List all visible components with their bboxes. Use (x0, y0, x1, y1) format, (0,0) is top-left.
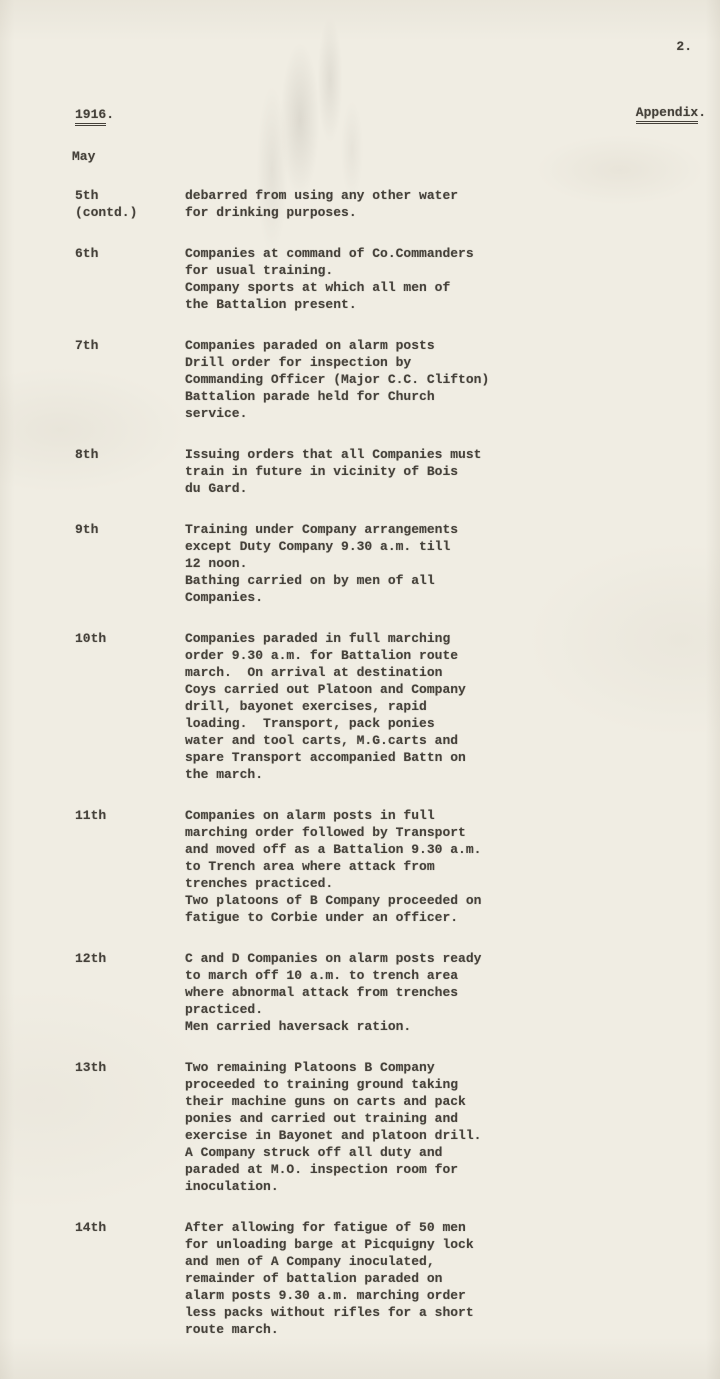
entry-text-line: debarred from using any other water (185, 187, 695, 204)
entry-text-line: their machine guns on carts and pack (185, 1093, 695, 1110)
entry-text-line: Battalion parade held for Church (185, 388, 695, 405)
entry-text-line: train in future in vicinity of Bois (185, 463, 695, 480)
entry-text-line: Men carried haversack ration. (185, 1018, 695, 1035)
entry-text-line: Companies on alarm posts in full (185, 807, 695, 824)
entry-body: debarred from using any other waterfor d… (185, 187, 695, 221)
diary-entry: 13thTwo remaining Platoons B Companyproc… (75, 1059, 695, 1195)
entry-text-line: exercise in Bayonet and platoon drill. (185, 1127, 695, 1144)
entry-text-line: remainder of battalion paraded on (185, 1270, 695, 1287)
entry-date-line: 11th (75, 807, 185, 824)
entry-date: 12th (75, 950, 185, 1035)
entry-text-line: Two remaining Platoons B Company (185, 1059, 695, 1076)
entry-date: 13th (75, 1059, 185, 1195)
diary-entry: 5th(contd.)debarred from using any other… (75, 187, 695, 221)
entry-text-line: Companies at command of Co.Commanders (185, 245, 695, 262)
entry-body: Training under Company arrangementsexcep… (185, 521, 695, 606)
entry-text-line: Companies paraded on alarm posts (185, 337, 695, 354)
entry-date: 7th (75, 337, 185, 422)
diary-entry: 6thCompanies at command of Co.Commanders… (75, 245, 695, 313)
entry-text-line: Drill order for inspection by (185, 354, 695, 371)
diary-entry: 10thCompanies paraded in full marchingor… (75, 630, 695, 783)
appendix-heading-period: . (698, 105, 706, 120)
entry-text-line: service. (185, 405, 695, 422)
year-heading-period: . (106, 107, 114, 122)
entry-text-line: Companies. (185, 589, 695, 606)
entry-text-line: alarm posts 9.30 a.m. marching order (185, 1287, 695, 1304)
diary-entry: 12thC and D Companies on alarm posts rea… (75, 950, 695, 1035)
entry-text-line: fatigue to Corbie under an officer. (185, 909, 695, 926)
month-label: May (72, 148, 95, 165)
entry-text-line: C and D Companies on alarm posts ready (185, 950, 695, 967)
entry-text-line: Commanding Officer (Major C.C. Clifton) (185, 371, 695, 388)
page-number: 2. (676, 38, 692, 55)
entry-date-line: 7th (75, 337, 185, 354)
entry-text-line: du Gard. (185, 480, 695, 497)
entry-body: Companies on alarm posts in fullmarching… (185, 807, 695, 926)
entry-body: Companies at command of Co.Commandersfor… (185, 245, 695, 313)
entry-text-line: A Company struck off all duty and (185, 1144, 695, 1161)
entry-date: 9th (75, 521, 185, 606)
entry-text-line: and moved off as a Battalion 9.30 a.m. (185, 841, 695, 858)
entry-text-line: to march off 10 a.m. to trench area (185, 967, 695, 984)
entry-text-line: the Battalion present. (185, 296, 695, 313)
entry-body: C and D Companies on alarm posts readyto… (185, 950, 695, 1035)
entry-text-line: trenches practiced. (185, 875, 695, 892)
entry-text-line: 12 noon. (185, 555, 695, 572)
entry-text-line: to Trench area where attack from (185, 858, 695, 875)
diary-entry: 7thCompanies paraded on alarm postsDrill… (75, 337, 695, 422)
entry-text-line: Training under Company arrangements (185, 521, 695, 538)
entry-text-line: paraded at M.O. inspection room for (185, 1161, 695, 1178)
entry-text-line: Issuing orders that all Companies must (185, 446, 695, 463)
entry-text-line: Company sports at which all men of (185, 279, 695, 296)
entry-text-line: route march. (185, 1321, 695, 1338)
entry-date-line: 10th (75, 630, 185, 647)
entry-text-line: Bathing carried on by men of all (185, 572, 695, 589)
appendix-heading: Appendix. (636, 104, 706, 121)
diary-entry: 11thCompanies on alarm posts in fullmarc… (75, 807, 695, 926)
entry-body: Companies paraded on alarm postsDrill or… (185, 337, 695, 422)
entry-date-line: 12th (75, 950, 185, 967)
entry-text-line: water and tool carts, M.G.carts and (185, 732, 695, 749)
diary-entry: 9thTraining under Company arrangementsex… (75, 521, 695, 606)
appendix-heading-text: Appendix (636, 105, 698, 124)
entry-text-line: ponies and carried out training and (185, 1110, 695, 1127)
entry-text-line: less packs without rifles for a short (185, 1304, 695, 1321)
scanned-war-diary-page: 2. 1916. Appendix. May 5th(contd.)debarr… (0, 0, 720, 1379)
entry-text-line: Coys carried out Platoon and Company (185, 681, 695, 698)
entry-text-line: After allowing for fatigue of 50 men (185, 1219, 695, 1236)
entry-date: 8th (75, 446, 185, 497)
entry-body: Companies paraded in full marchingorder … (185, 630, 695, 783)
diary-entry: 8thIssuing orders that all Companies mus… (75, 446, 695, 497)
entry-text-line: inoculation. (185, 1178, 695, 1195)
entry-date-line: (contd.) (75, 204, 185, 221)
entry-text-line: Two platoons of B Company proceeded on (185, 892, 695, 909)
entry-text-line: for usual training. (185, 262, 695, 279)
entry-text-line: proceeded to training ground taking (185, 1076, 695, 1093)
entry-text-line: drill, bayonet exercises, rapid (185, 698, 695, 715)
entry-text-line: for drinking purposes. (185, 204, 695, 221)
entry-text-line: spare Transport accompanied Battn on (185, 749, 695, 766)
entry-body: Two remaining Platoons B Companyproceede… (185, 1059, 695, 1195)
entry-date-line: 9th (75, 521, 185, 538)
entry-text-line: and men of A Company inoculated, (185, 1253, 695, 1270)
entry-text-line: order 9.30 a.m. for Battalion route (185, 647, 695, 664)
entry-date: 5th(contd.) (75, 187, 185, 221)
entry-body: Issuing orders that all Companies musttr… (185, 446, 695, 497)
entry-date-line: 13th (75, 1059, 185, 1076)
entry-date-line: 8th (75, 446, 185, 463)
entry-date-line: 6th (75, 245, 185, 262)
entry-text-line: except Duty Company 9.30 a.m. till (185, 538, 695, 555)
entry-text-line: for unloading barge at Picquigny lock (185, 1236, 695, 1253)
entry-text-line: where abnormal attack from trenches (185, 984, 695, 1001)
entry-date: 6th (75, 245, 185, 313)
entry-text-line: the march. (185, 766, 695, 783)
entry-date: 14th (75, 1219, 185, 1338)
entry-text-line: practiced. (185, 1001, 695, 1018)
entry-text-line: loading. Transport, pack ponies (185, 715, 695, 732)
entry-text-line: marching order followed by Transport (185, 824, 695, 841)
entry-text-line: march. On arrival at destination (185, 664, 695, 681)
year-heading-text: 1916 (75, 107, 106, 126)
entry-date-line: 14th (75, 1219, 185, 1236)
entry-body: After allowing for fatigue of 50 menfor … (185, 1219, 695, 1338)
diary-entries: 5th(contd.)debarred from using any other… (75, 187, 695, 1362)
entry-date-line: 5th (75, 187, 185, 204)
entry-text-line: Companies paraded in full marching (185, 630, 695, 647)
year-heading: 1916. (75, 106, 114, 123)
entry-date: 10th (75, 630, 185, 783)
entry-date: 11th (75, 807, 185, 926)
diary-entry: 14thAfter allowing for fatigue of 50 men… (75, 1219, 695, 1338)
